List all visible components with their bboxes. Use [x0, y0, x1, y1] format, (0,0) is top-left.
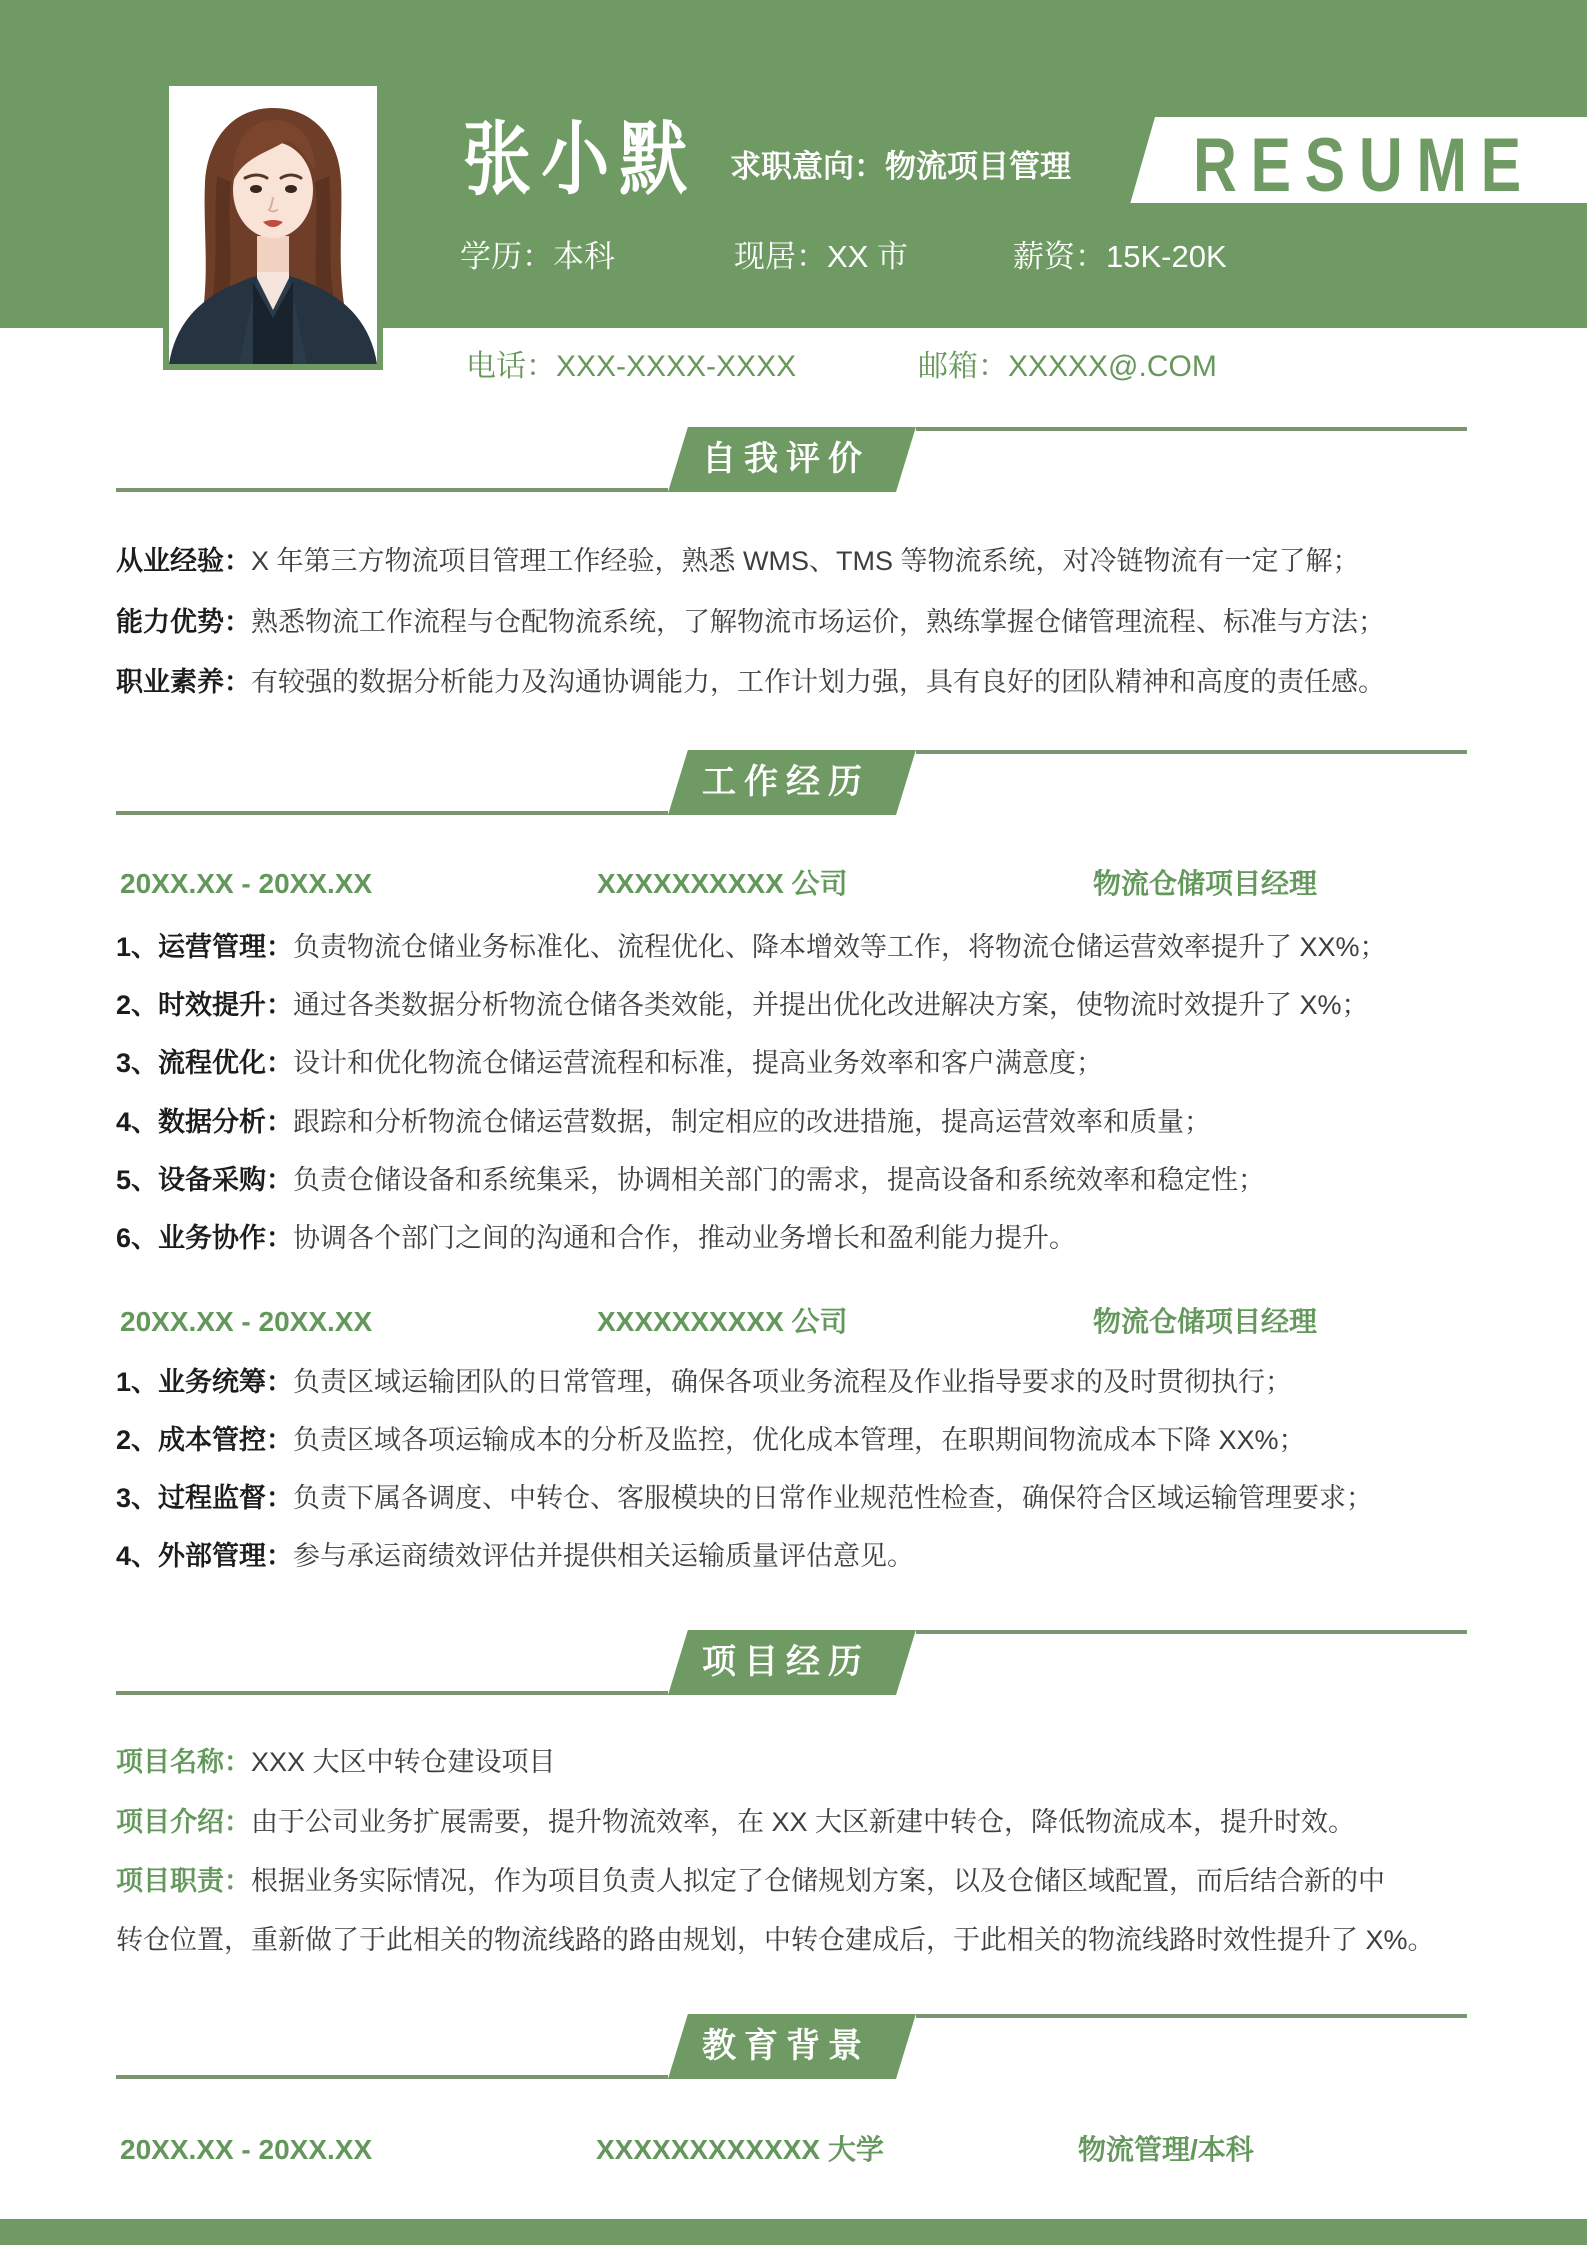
section-header-project: 项目经历	[0, 1630, 1587, 1696]
project-line: 项目名称：XXX 大区中转仓建设项目	[116, 1744, 556, 1780]
project-text: 由于公司业务扩展需要，提升物流效率，在 XX 大区新建中转仓，降低物流成本，提升…	[251, 1807, 1355, 1837]
self-eval-line: 能力优势：熟悉物流工作流程与仓配物流系统，了解物流市场运价，熟练掌握仓储管理流程…	[116, 604, 1385, 640]
bullet-text: 负责区域运输团队的日常管理，确保各项业务流程及作业指导要求的及时贯彻执行；	[293, 1367, 1292, 1397]
job-bullet: 1、运营管理：负责物流仓储业务标准化、流程优化、降本增效等工作，将物流仓储运营效…	[116, 929, 1387, 965]
bullet-label: 1、运营管理：	[116, 932, 293, 962]
job-bullet: 5、设备采购：负责仓储设备和系统集采，协调相关部门的需求，提高设备和系统效率和稳…	[116, 1162, 1265, 1198]
bullet-label: 1、业务统筹：	[116, 1367, 293, 1397]
job-bullet: 1、业务统筹：负责区域运输团队的日常管理，确保各项业务流程及作业指导要求的及时贯…	[116, 1364, 1292, 1400]
footer-band	[0, 2219, 1587, 2245]
candidate-name: 张小默	[463, 120, 698, 200]
bullet-text: 参与承运商绩效评估并提供相关运输质量评估意见。	[293, 1541, 914, 1571]
self-eval-line: 从业经验：X 年第三方物流项目管理工作经验，熟悉 WMS、TMS 等物流系统，对…	[116, 543, 1360, 579]
info-education: 学历：本科	[460, 240, 615, 274]
section-right-line	[916, 427, 1467, 431]
contact-email: 邮箱：XXXXX@.COM	[918, 350, 1217, 384]
job-bullet: 6、业务协作：协调各个部门之间的沟通和合作，推动业务增长和盈利能力提升。	[116, 1220, 1076, 1256]
bullet-text: 负责下属各调度、中转仓、客服模块的日常作业规范性检查，确保符合区域运输管理要求；	[293, 1483, 1373, 1513]
line-label: 职业素养：	[116, 667, 251, 697]
bullet-text: 负责仓储设备和系统集采，协调相关部门的需求，提高设备和系统效率和稳定性；	[293, 1165, 1265, 1195]
bullet-text: 跟踪和分析物流仓储运营数据，制定相应的改进措施，提高运营效率和质量；	[293, 1107, 1211, 1137]
project-line: 项目职责：根据业务实际情况，作为项目负责人拟定了仓储规划方案，以及仓储区域配置，…	[116, 1863, 1385, 1899]
job-intention: 求职意向：物流项目管理	[730, 150, 1071, 184]
line-label: 能力优势：	[116, 607, 251, 637]
job-bullet: 3、过程监督：负责下属各调度、中转仓、客服模块的日常作业规范性检查，确保符合区域…	[116, 1480, 1373, 1516]
section-header-education: 教育背景	[0, 2014, 1587, 2080]
job-company: XXXXXXXXXX 公司	[597, 866, 848, 902]
self-eval-line: 职业素养：有较强的数据分析能力及沟通协调能力，工作计划力强，具有良好的团队精神和…	[116, 664, 1385, 700]
section-right-line	[916, 1630, 1467, 1634]
bullet-text: 设计和优化物流仓储运营流程和标准，提高业务效率和客户满意度；	[293, 1048, 1103, 1078]
profile-photo	[163, 80, 383, 370]
job-period: 20XX.XX - 20XX.XX	[120, 1304, 372, 1340]
bullet-label: 6、业务协作：	[116, 1223, 293, 1253]
resume-banner-text: RESUME	[1193, 128, 1535, 204]
section-left-line	[116, 811, 668, 815]
section-left-line	[116, 2075, 668, 2079]
section-header-self-eval: 自我评价	[0, 427, 1587, 493]
project-label: 项目名称：	[116, 1747, 251, 1777]
bullet-label: 4、数据分析：	[116, 1107, 293, 1137]
line-label: 从业经验：	[116, 546, 251, 576]
project-line: 项目介绍：由于公司业务扩展需要，提升物流效率，在 XX 大区新建中转仓，降低物流…	[116, 1804, 1355, 1840]
section-left-line	[116, 1691, 668, 1695]
section-right-line	[916, 750, 1467, 754]
portrait-illustration	[169, 86, 377, 364]
bullet-label: 2、时效提升：	[116, 990, 293, 1020]
edu-school: XXXXXXXXXXXX 大学	[596, 2132, 884, 2168]
section-header-work: 工作经历	[0, 750, 1587, 816]
line-text: X 年第三方物流项目管理工作经验，熟悉 WMS、TMS 等物流系统，对冷链物流有…	[251, 546, 1360, 576]
project-text: 转仓位置，重新做了于此相关的物流线路的路由规划，中转仓建成后，于此相关的物流线路…	[116, 1925, 1435, 1955]
contact-phone: 电话：XXX-XXXX-XXXX	[466, 350, 796, 384]
section-left-line	[116, 488, 668, 492]
job-bullet: 2、时效提升：通过各类数据分析物流仓储各类效能，并提出优化改进解决方案，使物流时…	[116, 987, 1369, 1023]
edu-major: 物流管理/本科	[1078, 2132, 1254, 2168]
bullet-label: 3、流程优化：	[116, 1048, 293, 1078]
project-text: 根据业务实际情况，作为项目负责人拟定了仓储规划方案，以及仓储区域配置，而后结合新…	[251, 1866, 1385, 1896]
bullet-text: 负责区域各项运输成本的分析及监控，优化成本管理，在职期间物流成本下降 XX%；	[293, 1425, 1306, 1455]
job-bullet: 2、成本管控：负责区域各项运输成本的分析及监控，优化成本管理，在职期间物流成本下…	[116, 1422, 1306, 1458]
section-title: 项目经历	[668, 1630, 896, 1695]
bullet-text: 通过各类数据分析物流仓储各类效能，并提出优化改进解决方案，使物流时效提升了 X%…	[293, 990, 1369, 1020]
bullet-label: 4、外部管理：	[116, 1541, 293, 1571]
line-text: 熟悉物流工作流程与仓配物流系统，了解物流市场运价，熟练掌握仓储管理流程、标准与方…	[251, 607, 1385, 637]
bullet-label: 3、过程监督：	[116, 1483, 293, 1513]
job-company: XXXXXXXXXX 公司	[597, 1304, 848, 1340]
section-title: 教育背景	[668, 2014, 896, 2079]
job-period: 20XX.XX - 20XX.XX	[120, 866, 372, 902]
resume-page: 张小默 求职意向：物流项目管理 RESUME 学历：本科 现居：XX 市 薪资：…	[0, 0, 1587, 2245]
section-title: 工作经历	[668, 750, 896, 815]
section-right-line	[916, 2014, 1467, 2018]
info-salary: 薪资：15K-20K	[1013, 240, 1227, 274]
section-title: 自我评价	[668, 427, 896, 492]
bullet-text: 负责物流仓储业务标准化、流程优化、降本增效等工作，将物流仓储运营效率提升了 XX…	[293, 932, 1387, 962]
edu-period: 20XX.XX - 20XX.XX	[120, 2132, 372, 2168]
info-residence: 现居：XX 市	[734, 240, 908, 274]
line-text: 有较强的数据分析能力及沟通协调能力，工作计划力强，具有良好的团队精神和高度的责任…	[251, 667, 1385, 697]
project-label: 项目介绍：	[116, 1807, 251, 1837]
bullet-text: 协调各个部门之间的沟通和合作，推动业务增长和盈利能力提升。	[293, 1223, 1076, 1253]
project-label: 项目职责：	[116, 1866, 251, 1896]
job-bullet: 4、外部管理：参与承运商绩效评估并提供相关运输质量评估意见。	[116, 1538, 914, 1574]
job-role: 物流仓储项目经理	[1093, 866, 1317, 902]
project-line: 转仓位置，重新做了于此相关的物流线路的路由规划，中转仓建成后，于此相关的物流线路…	[116, 1922, 1435, 1958]
job-role: 物流仓储项目经理	[1093, 1304, 1317, 1340]
bullet-label: 5、设备采购：	[116, 1165, 293, 1195]
job-bullet: 3、流程优化：设计和优化物流仓储运营流程和标准，提高业务效率和客户满意度；	[116, 1045, 1103, 1081]
job-bullet: 4、数据分析：跟踪和分析物流仓储运营数据，制定相应的改进措施，提高运营效率和质量…	[116, 1104, 1211, 1140]
bullet-label: 2、成本管控：	[116, 1425, 293, 1455]
project-text: XXX 大区中转仓建设项目	[251, 1747, 556, 1777]
